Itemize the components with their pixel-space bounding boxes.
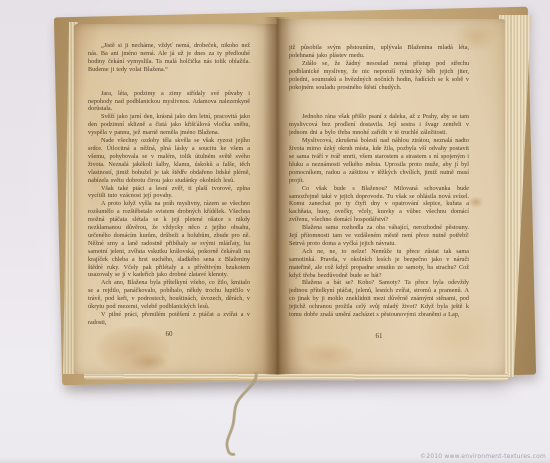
page-number-right: 61 <box>289 332 469 340</box>
right-page-text: již působila svým pěstounům, uplývala Bl… <box>289 44 469 332</box>
paragraph: Ach ano, Blažena byla přítelkyní všeho, … <box>88 279 250 311</box>
paragraph: V pilné práci, přemilém potěšení z ptáča… <box>88 311 250 327</box>
paragraph: Myslivcová, zkrušená bolestí nad náhlou … <box>289 137 469 184</box>
bookmark-string <box>212 370 274 458</box>
paragraph: Co však bude s Blaženou? Milovaná schova… <box>289 185 469 225</box>
paragraph: A proto když vyšla na práh myslivny, ráz… <box>88 200 250 279</box>
paragraph: Ach ne, ne, to nelze! Nemůže tu přece zů… <box>289 248 469 280</box>
book-gutter-shadow <box>263 17 291 375</box>
paragraph: Však také ptáci a lesní zvěř, ti plaší t… <box>88 185 250 201</box>
paragraph: již působila svým pěstounům, uplývala Bl… <box>289 44 469 60</box>
background-vignette <box>0 457 550 463</box>
paragraph: Blažena a bát se? Koho? Samoty? Ta přece… <box>289 279 469 319</box>
page-number-left: 60 <box>88 330 250 338</box>
paragraph: Svěží jako jarní den, krásná jako den le… <box>88 113 250 137</box>
left-page-text: „Jistě si ji necháme, vždyť nemá, drobeč… <box>88 42 250 328</box>
paragraph: Zdálo se, že žádný nesoulad nemá přístup… <box>289 60 469 92</box>
paragraph: Jara, léta, podzimy a zimy střídaly své … <box>88 90 250 114</box>
paragraph: „Jistě si ji necháme, vždyť nemá, drobeč… <box>88 42 250 74</box>
paragraph: Jednoho rána však přišlo psaní z daleka,… <box>289 113 469 137</box>
paragraph: Blažena sama rozhodla za oba váhající, n… <box>289 224 469 248</box>
paragraph: Nade všechny ozdoby těla skvěla se však … <box>88 137 250 184</box>
